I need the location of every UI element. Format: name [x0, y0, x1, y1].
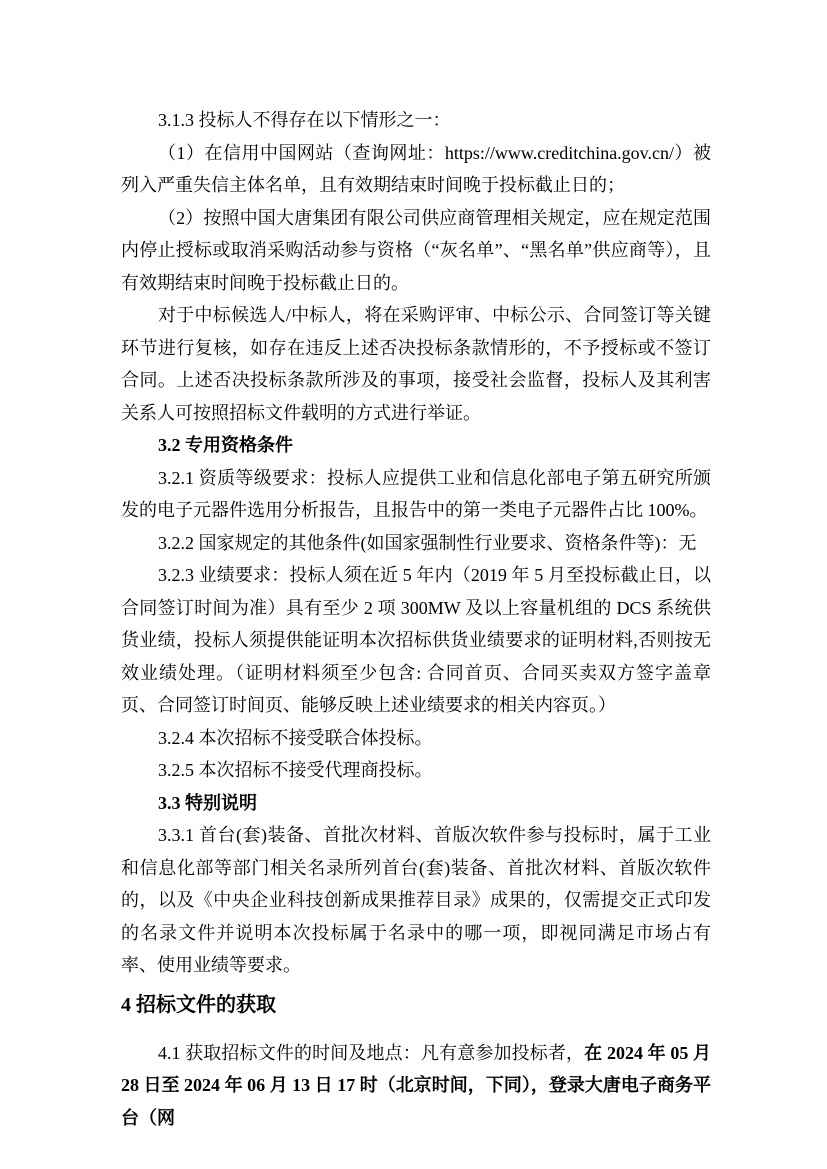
- para-4-1-obtain-time-place: 4.1 获取招标文件的时间及地点：凡有意参加投标者，在 2024 年 05 月 …: [121, 1037, 711, 1135]
- para-3-2-4-no-consortium: 3.2.4 本次招标不接受联合体投标。: [121, 722, 711, 755]
- para-item-1-creditchina: （1）在信用中国网站（查询网址：https://www.creditchina.…: [121, 137, 711, 202]
- heading-3-3-special-notes: 3.3 特别说明: [121, 787, 711, 820]
- para-3-2-1-qualification-grade: 3.2.1 资质等级要求：投标人应提供工业和信息化部电子第五研究所颁发的电子元器…: [121, 462, 711, 527]
- para-4-1-normal-text: 4.1 获取招标文件的时间及地点：凡有意参加投标者，: [158, 1043, 584, 1063]
- para-3-2-3-performance-requirement: 3.2.3 业绩要求：投标人须在近 5 年内（2019 年 5 月至投标截止日，…: [121, 559, 711, 722]
- para-3-2-2-other-conditions: 3.2.2 国家规定的其他条件(如国家强制性行业要求、资格条件等)：无: [121, 527, 711, 560]
- para-item-2-supplier-rules: （2）按照中国大唐集团有限公司供应商管理相关规定，应在规定范围内停止授标或取消采…: [121, 202, 711, 300]
- para-review-note: 对于中标候选人/中标人，将在采购评审、中标公示、合同签订等关键环节进行复核，如存…: [121, 299, 711, 429]
- document-page: 3.1.3 投标人不得存在以下情形之一： （1）在信用中国网站（查询网址：htt…: [0, 0, 827, 1169]
- para-3-1-3: 3.1.3 投标人不得存在以下情形之一：: [121, 104, 711, 137]
- para-3-3-1-first-set-equipment: 3.3.1 首台(套)装备、首批次材料、首版次软件参与投标时，属于工业和信息化部…: [121, 819, 711, 982]
- heading-3-2-special-qualification: 3.2 专用资格条件: [121, 429, 711, 462]
- para-3-2-5-no-agent: 3.2.5 本次招标不接受代理商投标。: [121, 754, 711, 787]
- heading-4-obtain-bidding-documents: 4 招标文件的获取: [121, 989, 711, 1022]
